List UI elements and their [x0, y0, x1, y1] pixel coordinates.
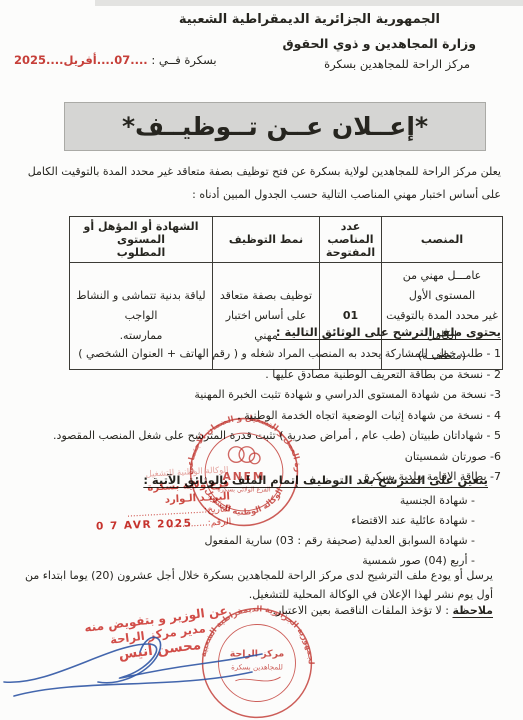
center-name: مركز الراحة للمجاهدين بسكرة — [324, 57, 470, 71]
documents-section-heading: يحتوى ملف الترشح على الوثائق التالية : — [276, 325, 501, 339]
list-item: 4 - نسخة من شهادة إثبات الوضعية اتجاه ال… — [15, 408, 501, 424]
list-item: - شهادة الجنسية — [204, 494, 475, 508]
country-title: الجمهورية الجزائرية الديمقراطية الشعبية — [179, 12, 440, 27]
header-qualification: الشهادة أو المؤهل أو المستوى المطلوب — [70, 217, 213, 263]
list-item: 2 - نسخة من بطاقة التعريف الوطنية مصادق … — [15, 367, 501, 383]
documents-list: 1 - طلب خطي للمشاركة يحدد به المنصب المر… — [15, 346, 501, 490]
post-hiring-section-heading: يتعين على المترشح بعد التوظيف إتمام المل… — [143, 473, 488, 487]
header-employment-mode: نمط التوظيف — [213, 217, 320, 263]
list-item: - شهادة السوابق العدلية (صحيفة رقم : 03)… — [204, 534, 475, 548]
list-item: 1 - طلب خطي للمشاركة يحدد به المنصب المر… — [15, 346, 501, 362]
list-item: 6- صورتان شمسيتان — [15, 449, 501, 465]
list-item: - شهادة عائلية عند الاقتضاء — [204, 514, 475, 528]
handwritten-signature — [0, 616, 300, 711]
header-open-count: عدد المناصب المفتوحة — [320, 217, 382, 263]
receipt-date-stamp: 0 7 AVR 2025 — [96, 517, 193, 532]
place-date-label: بسكرة فــي : — [151, 53, 216, 67]
list-item: 5 - شهاداتان طبيتان (طب عام , أمراض صدري… — [15, 428, 501, 444]
scanned-job-announcement-document: الجمهورية الجزائرية الديمقراطية الشعبية … — [0, 0, 523, 720]
date-stamp-value: ....07....أفريل....2025 — [14, 53, 148, 67]
note-label: ملاحظة — [453, 604, 493, 617]
intro-paragraph: يعلن مركز الراحة للمجاهدين لولاية بسكرة … — [19, 161, 501, 206]
post-hiring-list: - شهادة الجنسية - شهادة عائلية عند الاقت… — [204, 494, 475, 574]
table-header-row: المنصب عدد المناصب المفتوحة نمط التوظيف … — [70, 217, 503, 263]
header-position: المنصب — [382, 217, 503, 263]
submission-paragraph: يرسل أو يودع ملف الترشيح لدى مركز الراحة… — [23, 566, 493, 604]
announcement-title-box: *إعــلان عــن تــوظيــف* — [64, 102, 486, 151]
place-date-line: بسكرة فــي : ....07....أفريل....2025 — [14, 53, 217, 67]
announcement-title: *إعــلان عــن تــوظيــف* — [122, 112, 428, 141]
scan-artifact-strip — [95, 0, 523, 6]
note-line: ملاحظة : لا تؤخذ الملفات الناقصة بعين ال… — [273, 604, 493, 617]
list-item: 3- نسخة من شهادة المستوى الدراسي و شهادة… — [15, 387, 501, 403]
ministry-title: وزارة المجاهدين و ذوي الحقوق — [282, 36, 476, 51]
